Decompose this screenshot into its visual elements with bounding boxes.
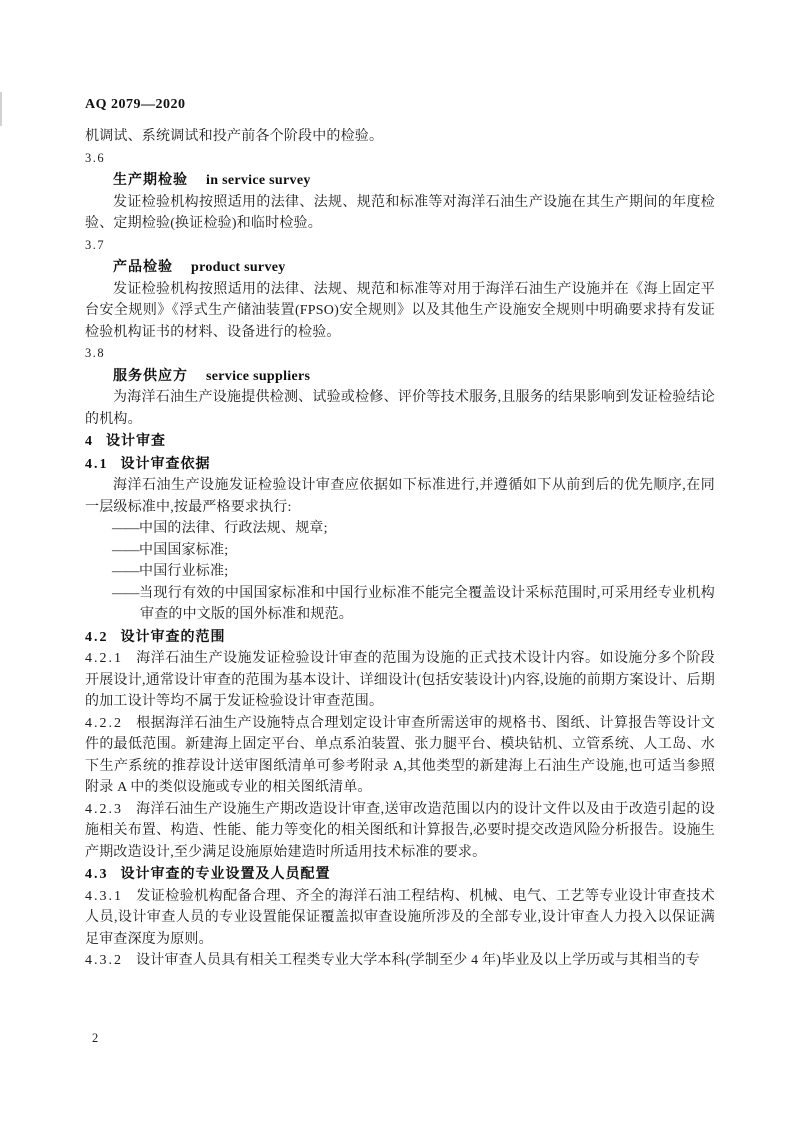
dash-bullet: ——: [112, 586, 139, 601]
clause-number: 4.3.2: [85, 953, 123, 968]
dash-bullet: ——: [112, 564, 139, 579]
term-title-english: service suppliers: [206, 369, 310, 384]
clause-number: 4.3.1: [85, 889, 123, 904]
chapter-heading: 4设计审查: [85, 430, 715, 453]
paragraph-continuation: 机调试、系统调试和投产前各个阶段中的检验。: [85, 126, 715, 148]
scan-edge-artifact: [0, 92, 2, 126]
section-title: 设计审查的专业设置及人员配置: [121, 865, 331, 881]
term-title: 产品检验product survey: [113, 256, 715, 279]
list-item-text: 中国行业标准;: [139, 564, 228, 579]
section-heading-4-1: 4.1设计审查依据: [85, 453, 715, 476]
section-intro: 海洋石油生产设施发证检验设计审查应依据如下标准进行,并遵循如下从前到后的优先顺序…: [85, 475, 715, 518]
term-definition: 发证检验机构按照适用的法律、法规、规范和标准等对用于海洋石油生产设施并在《海上固…: [85, 279, 715, 344]
clause-text: 设计审查人员具有相关工程类专业大学本科(学制至少 4 年)毕业及以上学历或与其相…: [136, 953, 700, 968]
term-title-chinese: 服务供应方: [113, 367, 188, 383]
term-title-english: product survey: [191, 260, 286, 275]
section-number: 4.1: [85, 457, 109, 472]
clause-text: 海洋石油生产设施发证检验设计审查的范围为设施的正式技术设计内容。如设施分多个阶段…: [85, 651, 715, 709]
clause-text: 根据海洋石油生产设施特点合理划定设计审查所需送审的规格书、图纸、计算报告等设计文…: [85, 716, 715, 796]
list-item-text: 当现行有效的中国国家标准和中国行业标准不能完全覆盖设计采标范围时,可采用经专业机…: [139, 586, 715, 623]
clause-paragraph: 4.3.1发证检验机构配备合理、齐全的海洋石油工程结构、机械、电气、工艺等专业设…: [85, 886, 715, 951]
term-title: 生产期检验in service survey: [113, 169, 715, 192]
list-item: ——中国的法律、行政法规、规章;: [140, 518, 715, 540]
list-item: ——中国国家标准;: [140, 540, 715, 562]
document-page: AQ 2079—2020 机调试、系统调试和投产前各个阶段中的检验。 3.6 生…: [0, 0, 794, 1122]
section-title: 设计审查依据: [121, 455, 211, 471]
clause-number: 4.2.2: [85, 716, 123, 731]
standard-number: AQ 2079—2020: [85, 97, 186, 113]
clause-paragraph: 4.3.2设计审查人员具有相关工程类专业大学本科(学制至少 4 年)毕业及以上学…: [85, 950, 715, 972]
section-heading-4-2: 4.2设计审查的范围: [85, 626, 715, 649]
chapter-title: 设计审查: [106, 432, 166, 448]
clause-text: 发证检验机构配备合理、齐全的海洋石油工程结构、机械、电气、工艺等专业设计审查技术…: [85, 889, 715, 947]
term-number: 3.7: [85, 235, 715, 257]
term-title: 服务供应方service suppliers: [113, 365, 715, 388]
dash-bullet: ——: [112, 521, 139, 536]
list-item-text: 中国国家标准;: [139, 543, 228, 558]
clause-text: 海洋石油生产设施生产期改造设计审查,送审改造范围以内的设计文件以及由于改造引起的…: [85, 802, 715, 860]
section-number: 4.2: [85, 630, 109, 645]
term-title-english: in service survey: [206, 173, 311, 188]
clause-paragraph: 4.2.1海洋石油生产设施发证检验设计审查的范围为设施的正式技术设计内容。如设施…: [85, 648, 715, 713]
chapter-number: 4: [85, 434, 94, 449]
term-definition: 为海洋石油生产设施提供检测、试验或检修、评价等技术服务,且服务的结果影响到发证检…: [85, 387, 715, 430]
term-title-chinese: 生产期检验: [113, 171, 188, 187]
section-number: 4.3: [85, 867, 109, 882]
term-title-chinese: 产品检验: [113, 258, 173, 274]
clause-paragraph: 4.2.3海洋石油生产设施生产期改造设计审查,送审改造范围以内的设计文件以及由于…: [85, 799, 715, 864]
term-number: 3.6: [85, 148, 715, 170]
clause-number: 4.2.3: [85, 802, 123, 817]
dash-bullet: ——: [112, 543, 139, 558]
list-item: ——当现行有效的中国国家标准和中国行业标准不能完全覆盖设计采标范围时,可采用经专…: [140, 583, 715, 626]
term-number: 3.8: [85, 343, 715, 365]
list-item-text: 中国的法律、行政法规、规章;: [139, 521, 328, 536]
term-definition: 发证检验机构按照适用的法律、法规、规范和标准等对海洋石油生产设施在其生产期间的年…: [85, 192, 715, 235]
clause-paragraph: 4.2.2根据海洋石油生产设施特点合理划定设计审查所需送审的规格书、图纸、计算报…: [85, 713, 715, 799]
section-heading-4-3: 4.3设计审查的专业设置及人员配置: [85, 863, 715, 886]
page-number: 2: [92, 1031, 98, 1046]
document-body: 机调试、系统调试和投产前各个阶段中的检验。 3.6 生产期检验in servic…: [85, 126, 715, 972]
list-item: ——中国行业标准;: [140, 561, 715, 583]
section-title: 设计审查的范围: [121, 628, 226, 644]
clause-number: 4.2.1: [85, 651, 123, 666]
